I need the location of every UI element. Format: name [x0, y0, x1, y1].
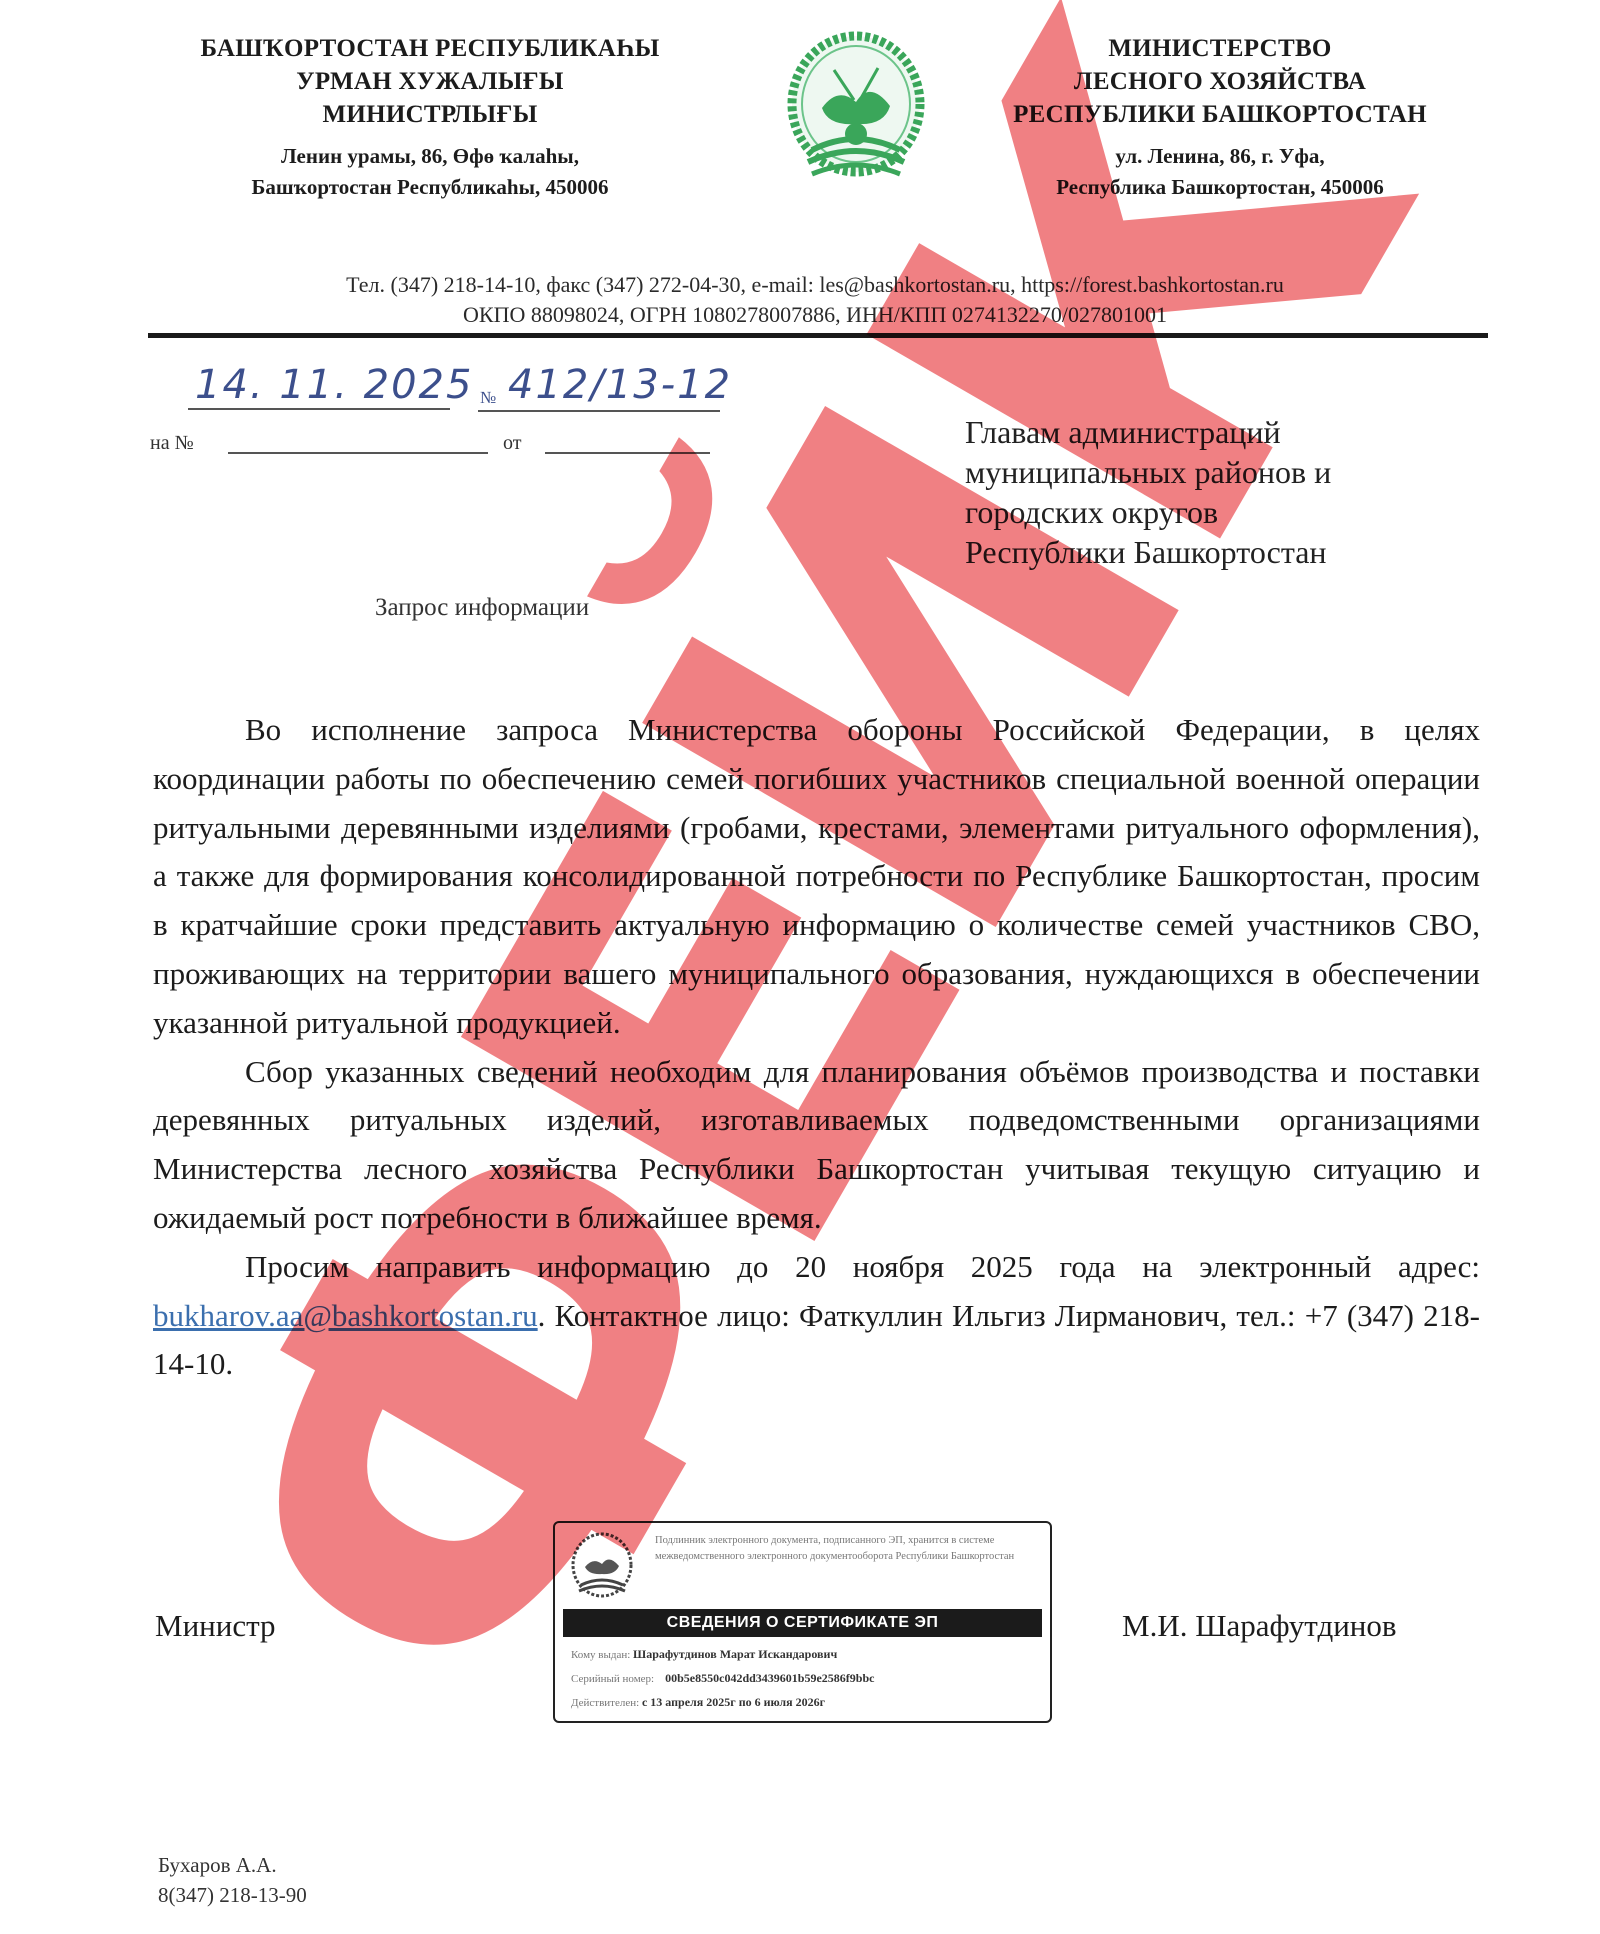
- address-bashkir: Ленин урамы, 86, Өфө ҡалаһы, Башҡортоста…: [150, 141, 710, 203]
- org-name-bashkir-line-1: БАШҠОРТОСТАН РЕСПУБЛИКАҺЫ: [150, 32, 710, 65]
- registration-date-underline: [188, 408, 450, 410]
- certificate-note: Подлинник электронного документа, подпис…: [655, 1533, 1035, 1565]
- issued-to-value: Шарафутдинов Марат Искандарович: [633, 1647, 837, 1661]
- contacts-line: Тел. (347) 218-14-10, факс (347) 272-04-…: [150, 270, 1480, 300]
- certificate-serial: Серийный номер: 00b5e8550c042dd3439601b5…: [571, 1671, 874, 1686]
- from-date-label: от: [503, 432, 521, 455]
- validity-label: Действителен:: [571, 1697, 639, 1709]
- header-left-bashkir: БАШҠОРТОСТАН РЕСПУБЛИКАҺЫ УРМАН ХУЖАЛЫҒЫ…: [150, 32, 710, 203]
- executor-block: Бухаров А.А. 8(347) 218-13-90: [158, 1850, 307, 1910]
- address-bashkir-line-2: Башҡортостан Республикаһы, 450006: [150, 172, 710, 203]
- letter-subject: Запрос информации: [375, 594, 589, 622]
- registration-number-underline: [478, 410, 720, 412]
- addressee-line-1: Главам администраций: [965, 412, 1331, 452]
- letter-body: Во исполнение запроса Министерства оборо…: [153, 706, 1480, 1389]
- certificate-banner: СВЕДЕНИЯ О СЕРТИФИКАТЕ ЭП: [563, 1609, 1042, 1637]
- contact-email-link[interactable]: bukharov.aa@bashkortostan.ru: [153, 1298, 538, 1333]
- org-name-russian-line-1: МИНИСТЕРСТВО: [930, 32, 1510, 65]
- registration-number-sign: №: [480, 388, 496, 408]
- validity-value: с 13 апреля 2025г по 6 июля 2026г: [642, 1695, 825, 1709]
- signatory-title: Министр: [155, 1608, 276, 1644]
- address-russian-line-2: Республика Башкортостан, 450006: [930, 172, 1510, 203]
- certificate-issued-to: Кому выдан: Шарафутдинов Марат Искандаро…: [571, 1647, 837, 1662]
- body-paragraph-3-start: Просим направить информацию до 20 ноября…: [245, 1249, 1480, 1284]
- e-signature-certificate-stamp: Подлинник электронного документа, подпис…: [553, 1521, 1052, 1723]
- addressee-line-4: Республики Башкортостан: [965, 532, 1331, 572]
- org-name-bashkir-line-3: МИНИСТРЛЫҒЫ: [150, 98, 710, 131]
- executor-name: Бухаров А.А.: [158, 1850, 307, 1880]
- header-divider: [148, 333, 1488, 338]
- org-name-russian-line-3: РЕСПУБЛИКИ БАШКОРТОСТАН: [930, 98, 1510, 131]
- certificate-validity: Действителен: с 13 апреля 2025г по 6 июл…: [571, 1695, 825, 1710]
- serial-label: Серийный номер:: [571, 1673, 654, 1685]
- org-name-bashkir-line-2: УРМАН ХУЖАЛЫҒЫ: [150, 65, 710, 98]
- body-paragraph-1: Во исполнение запроса Министерства оборо…: [153, 706, 1480, 1048]
- addressee-line-2: муниципальных районов и: [965, 452, 1331, 492]
- registration-date: 14. 11. 2025: [195, 362, 473, 408]
- serial-value: 00b5e8550c042dd3439601b59e2586f9bbc: [665, 1671, 874, 1685]
- addressee-block: Главам администраций муниципальных район…: [965, 412, 1331, 572]
- addressee-line-3: городских округов: [965, 492, 1331, 532]
- address-bashkir-line-1: Ленин урамы, 86, Өфө ҡалаһы,: [150, 141, 710, 172]
- from-date-blank: [545, 452, 710, 454]
- header-right-russian: МИНИСТЕРСТВО ЛЕСНОГО ХОЗЯЙСТВА РЕСПУБЛИК…: [930, 32, 1510, 203]
- address-russian-line-1: ул. Ленина, 86, г. Уфа,: [930, 141, 1510, 172]
- body-paragraph-2: Сбор указанных сведений необходим для пл…: [153, 1048, 1480, 1243]
- reply-to-blank: [228, 452, 488, 454]
- registry-codes-line: ОКПО 88098024, ОГРН 1080278007886, ИНН/К…: [150, 300, 1480, 330]
- reply-to-label: на №: [150, 432, 194, 455]
- body-paragraph-3: Просим направить информацию до 20 ноября…: [153, 1243, 1480, 1389]
- registration-number: 412/13-12: [508, 362, 732, 408]
- executor-phone: 8(347) 218-13-90: [158, 1880, 307, 1910]
- issued-to-label: Кому выдан:: [571, 1649, 630, 1661]
- certificate-emblem-icon: [569, 1531, 635, 1603]
- org-name-russian-line-2: ЛЕСНОГО ХОЗЯЙСТВА: [930, 65, 1510, 98]
- bashkortostan-emblem-icon: [782, 30, 930, 188]
- address-russian: ул. Ленина, 86, г. Уфа, Республика Башко…: [930, 141, 1510, 203]
- signatory-name: М.И. Шарафутдинов: [1122, 1608, 1397, 1644]
